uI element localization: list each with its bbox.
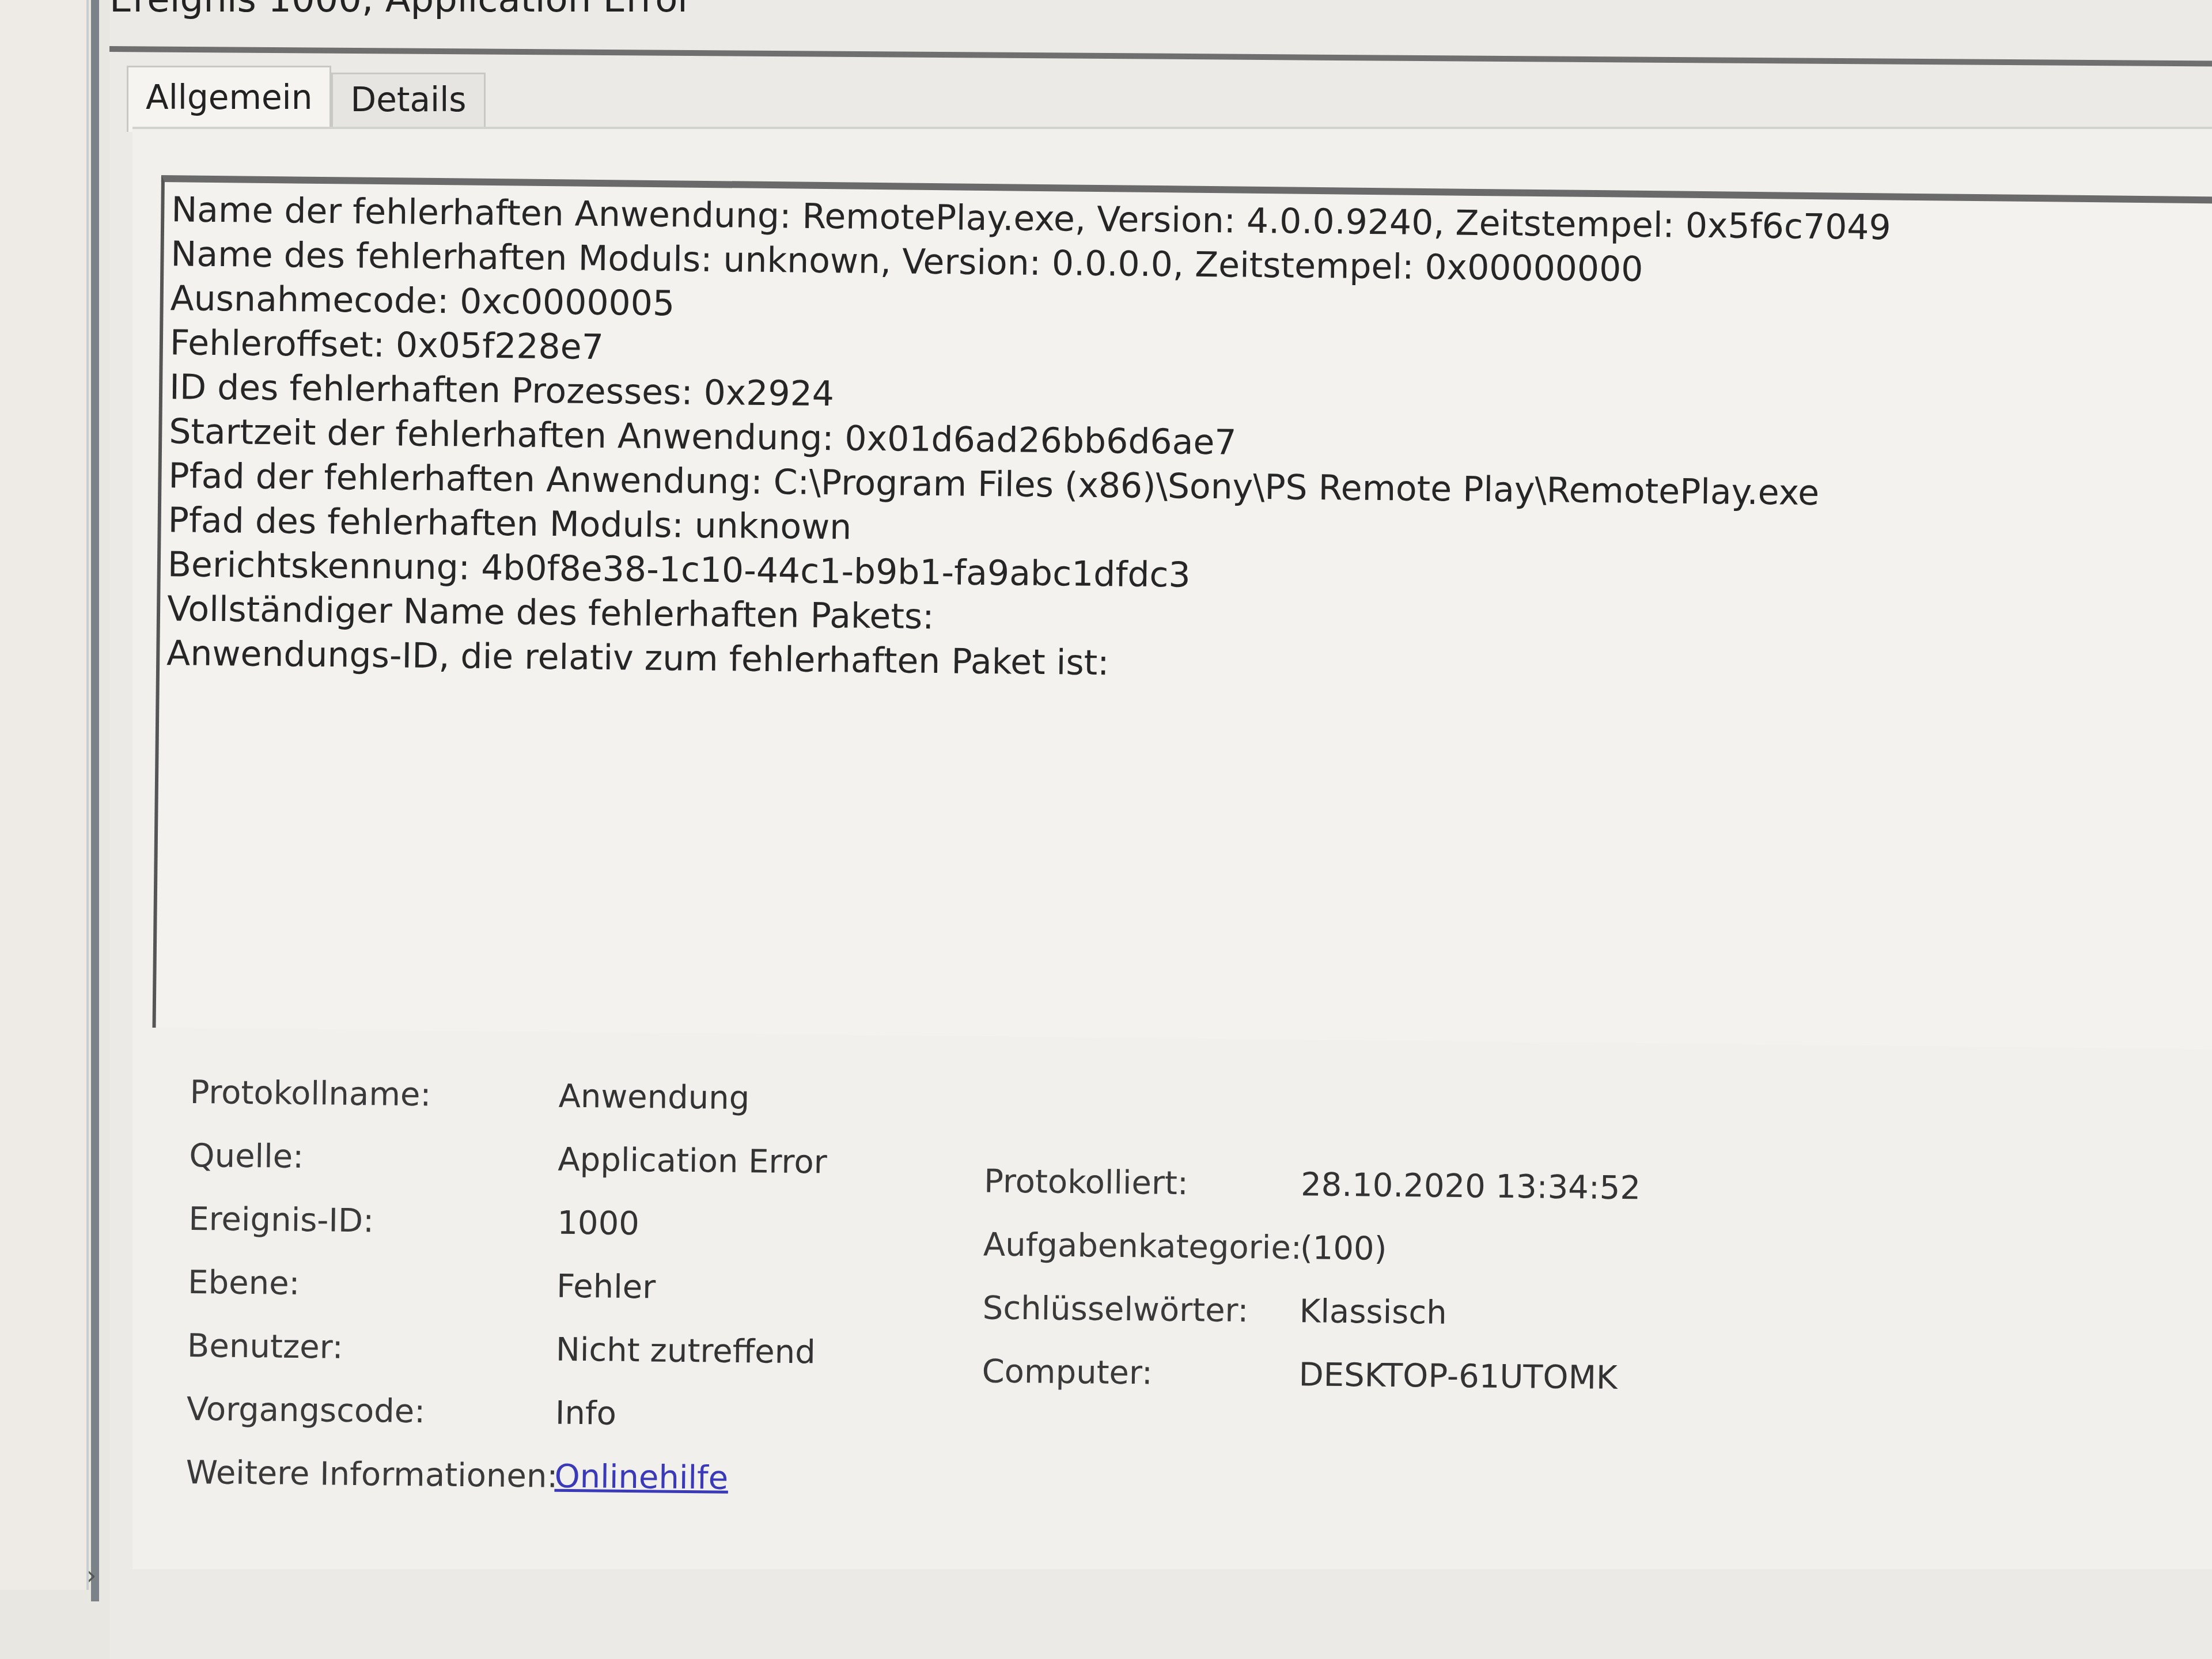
online-help-link[interactable]: Onlinehilfe xyxy=(554,1458,728,1497)
label-aufgabenkategorie: Aufgabenkategorie: xyxy=(983,1226,1302,1267)
tab-strip: Allgemein Details xyxy=(127,55,486,130)
value-quelle: Application Error xyxy=(558,1141,827,1181)
event-description-textbox[interactable]: Name der fehlerhaften Anwendung: RemoteP… xyxy=(153,175,2212,1050)
value-protokolliert: 28.10.2020 13:34:52 xyxy=(1301,1166,1641,1207)
value-ereignis-id: 1000 xyxy=(557,1205,639,1243)
tab-details[interactable]: Details xyxy=(331,73,485,130)
label-quelle: Quelle: xyxy=(189,1137,304,1176)
value-protokollname: Anwendung xyxy=(558,1078,749,1117)
event-details-pane: Ereignis 1000, Application Error Allgeme… xyxy=(109,0,2212,1659)
event-properties-grid: Protokollname: Anwendung Quelle: Applica… xyxy=(185,1074,2033,1582)
label-ebene: Ebene: xyxy=(188,1264,300,1302)
value-computer: DESKTOP-61UTOMK xyxy=(1298,1356,1618,1397)
general-tab-panel: Name der fehlerhaften Anwendung: RemoteP… xyxy=(132,127,2212,1569)
pane-splitter[interactable] xyxy=(91,0,99,1601)
label-computer: Computer: xyxy=(982,1353,1153,1392)
value-ebene: Fehler xyxy=(556,1268,656,1306)
event-title: Ereignis 1000, Application Error xyxy=(109,0,693,21)
chevron-right-icon[interactable]: › xyxy=(86,1561,97,1590)
navigation-pane-edge xyxy=(0,0,89,1590)
label-benutzer: Benutzer: xyxy=(187,1327,343,1366)
value-schluesselwoerter: Klassisch xyxy=(1299,1293,1447,1332)
label-protokolliert: Protokolliert: xyxy=(984,1162,1188,1202)
label-protokollname: Protokollname: xyxy=(190,1074,431,1113)
value-aufgabenkategorie: (100) xyxy=(1300,1229,1387,1268)
label-schluesselwoerter: Schlüsselwörter: xyxy=(982,1289,1248,1330)
label-vorgangscode: Vorgangscode: xyxy=(187,1391,426,1430)
value-vorgangscode: Info xyxy=(555,1395,617,1433)
value-benutzer: Nicht zutreffend xyxy=(556,1331,816,1372)
label-ereignis-id: Ereignis-ID: xyxy=(188,1200,374,1240)
label-weitere-informationen: Weitere Informationen: xyxy=(185,1454,558,1495)
tab-allgemein[interactable]: Allgemein xyxy=(127,66,331,132)
